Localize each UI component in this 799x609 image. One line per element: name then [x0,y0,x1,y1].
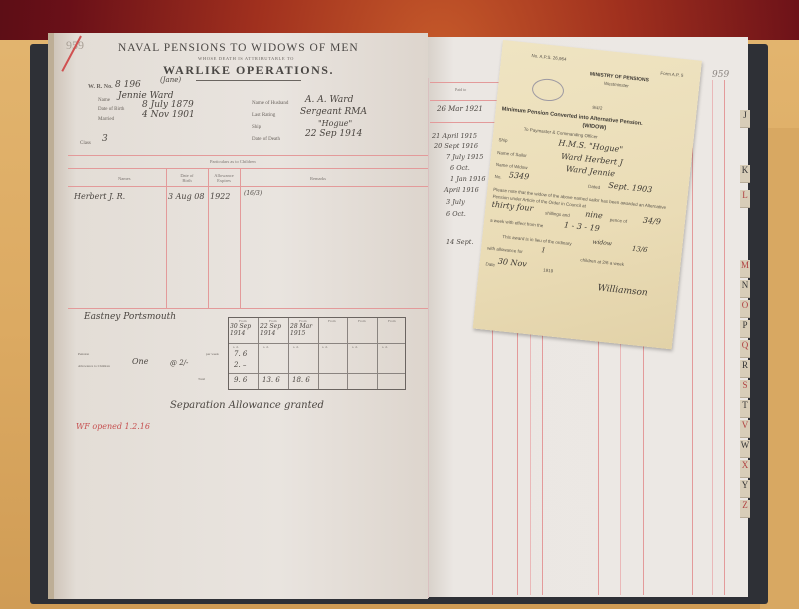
index-tab-p[interactable]: P [740,320,750,338]
table-top-rule [68,155,428,156]
dob-value: 8 July 1879 [142,100,194,110]
ruled-col [530,300,531,595]
slip-allowance-text: with allowance for [487,245,523,254]
grid-from-1: 30 Sep 1914 [230,323,258,337]
slip-widow-label: Name of Widow [496,162,528,170]
ship-label: Ship [252,125,261,130]
slip-sailor-label: Name of Sailor [497,150,527,158]
index-tab-k[interactable]: K [740,165,750,183]
index-tab-n[interactable]: N [740,280,750,298]
grid-sd-5: s. d. [352,345,358,349]
slip-ref-no: No. A.P.S. 26,964 [531,53,567,62]
slip-title: Minimum Pension Converted into Alternati… [501,106,642,127]
slip-office-line: 9/4/2 [592,105,602,111]
name-label: Name [98,98,110,103]
col-remarks: Remarks [310,176,326,181]
paid-entry: 1 Jan 1916 [450,175,485,183]
gutter-line [428,78,429,598]
index-tab-s[interactable]: S [740,380,750,398]
grid-sd-1: s. d. [233,345,239,349]
paid-to-header: Paid to [455,87,466,92]
header-rule [196,80,301,81]
red-note: WF opened 1.2.16 [76,422,150,431]
dob-label: Date of Birth [98,107,124,112]
husband-label: Name of Husband [252,101,288,106]
index-tab-m[interactable]: M [740,260,750,278]
pension-slip: No. A.P.S. 26,964 MINISTRY OF PENSIONS F… [473,40,702,349]
class-label: Class [80,141,91,146]
slip-pence-value: nine [585,210,603,221]
slip-no-value: 5349 [508,170,529,181]
slip-subtitle: (WIDOW) [582,123,606,131]
slip-widow-value: Ward Jennie [565,164,615,178]
grid-from-3: 28 Mar 1915 [290,323,318,337]
grid-head-6: From [388,319,396,323]
header-line-2: WHOSE DEATH IS ATTRIBUTABLE TO [198,56,294,61]
name-annotation: (Jane) [160,76,181,84]
alphabet-index-tabs: J K L M N O P Q R S T V W X Y Z [740,110,750,580]
ruled-col [598,300,599,595]
grid-from-2: 22 Sep 1914 [260,323,288,337]
table-rule-3 [68,186,428,187]
grid-total-1: 9. 6 [234,376,247,384]
ship-value: "Hogue" [318,119,352,128]
paid-entry: 6 Oct. [450,164,470,172]
grid-children-1: 2. – [234,361,246,369]
ruled-col [724,80,725,595]
per-week-label: per week [206,352,219,356]
child-name: Herbert J. R. [74,192,125,201]
children-count: One [132,357,148,366]
married-value: 4 Nov 1901 [142,110,195,120]
slip-no-label: No. [494,174,501,180]
residence: Eastney Portsmouth [84,312,176,322]
wr-no-label: W. R. No. [88,84,113,90]
index-tab-x[interactable]: X [740,460,750,478]
paid-entry: 21 April 1915 [432,132,477,140]
index-tab-v[interactable]: V [740,420,750,438]
index-tab-j[interactable]: J [740,110,750,128]
paid-entry: 14 Sept. [446,238,473,246]
office-stamp-icon [531,77,565,102]
slip-form-no: Form A.P. 5 [660,71,684,78]
index-tab-w[interactable]: W [740,440,750,458]
grid-sd-6: s. d. [382,345,388,349]
col-dob: Date of Birth [176,173,198,183]
table-col-line-1 [166,168,167,308]
slip-dated-value: Sept. 1903 [608,181,653,195]
index-tab-t[interactable]: T [740,400,750,418]
right-head-rule-2 [430,100,500,101]
table-bottom-rule [68,308,428,309]
slip-year-value: 1919 [543,267,553,273]
child-expires: 1922 [210,192,230,201]
pension-rate-grid: From From From From From From 30 Sep 191… [228,317,406,390]
ruled-col [492,300,493,595]
table-col-line-2 [208,168,209,308]
married-label: Married [98,117,114,122]
ruled-col [692,80,693,595]
pension-label: Pension [78,352,89,356]
slip-allowance-count: 1 [541,246,546,254]
slip-award-text: This award is in lieu of the ordinary [502,234,572,246]
slip-ship-label: Ship [498,137,507,143]
paid-entry: 7 July 1915 [446,153,483,161]
paid-entry: 20 Sept 1916 [434,142,478,150]
grid-sd-4: s. d. [322,345,328,349]
wr-no-value: 8 196 [115,80,141,90]
index-tab-y[interactable]: Y [740,480,750,498]
paid-entry: April 1916 [444,186,479,194]
husband-value: A. A. Ward [305,95,353,105]
header-line-3: WARLIKE OPERATIONS. [163,63,334,78]
separation-note: Separation Allowance granted [170,400,324,411]
right-page-number: 959 [712,70,729,80]
grid-head-5: From [358,319,366,323]
index-tab-o[interactable]: O [740,300,750,318]
table-rule-2 [68,168,428,169]
child-dob: 3 Aug 08 [168,192,204,201]
header-line-1: NAVAL PENSIONS TO WIDOWS OF MEN [118,42,359,54]
child-remarks: (16/3) [244,190,262,197]
index-tab-z[interactable]: Z [740,500,750,518]
class-value: 3 [102,134,108,144]
slip-rate-value: 34/9 [642,216,661,227]
ruled-col [542,300,543,595]
grid-total-2: 13. 6 [262,376,280,384]
index-tab-r[interactable]: R [740,360,750,378]
right-head-rule-3 [430,122,500,123]
right-head-rule-1 [430,82,500,83]
index-tab-q[interactable]: Q [740,340,750,358]
col-names: Names [118,176,131,181]
slip-ministry-sub: Westminster [604,81,629,89]
grid-pension-1: 7. 6 [234,350,247,358]
slip-date-value: 30 Nov [497,257,527,269]
ruled-col [517,300,518,595]
slip-dated-label: Dated [588,184,600,190]
children-table-title: Particulars as to Children [210,159,256,164]
allowance-children-label: Allowance to Children [78,364,110,368]
death-value: 22 Sep 1914 [305,129,362,139]
grid-sd-3: s. d. [293,345,299,349]
paid-entry: 3 July [446,198,465,206]
ruled-col [712,80,713,595]
index-tab-l[interactable]: L [740,190,750,208]
slip-children-rate: children at 2/6 a week [580,257,624,267]
death-label: Date of Death [252,137,280,142]
slip-effect-date: 1 - 3 - 19 [564,220,601,233]
total-label: Total [198,377,205,381]
table-col-line-3 [240,168,241,308]
col-expires: Allowance Expires [213,173,235,183]
ruled-col [620,300,621,595]
slip-pence-text: pence of [610,217,628,224]
rating-value: Sergeant RMA [300,107,367,117]
slip-shillings-label: shillings and [545,210,570,218]
grid-total-3: 18. 6 [292,376,310,384]
slip-award-type: widow [592,238,612,247]
slip-award-rate: 13/6 [631,245,647,255]
paid-entry: 6 Oct. [446,210,466,218]
children-rate: @ 2/- [170,359,188,367]
rating-label: Last Rating [252,113,275,118]
grid-head-4: From [328,319,336,323]
paid-entry: 26 Mar 1921 [437,105,483,113]
slip-date-label: Date [485,261,495,267]
slip-effect-text: a week with effect from the [490,218,544,229]
grid-sd-2: s. d. [263,345,269,349]
slip-signature: Williamson [597,283,648,298]
